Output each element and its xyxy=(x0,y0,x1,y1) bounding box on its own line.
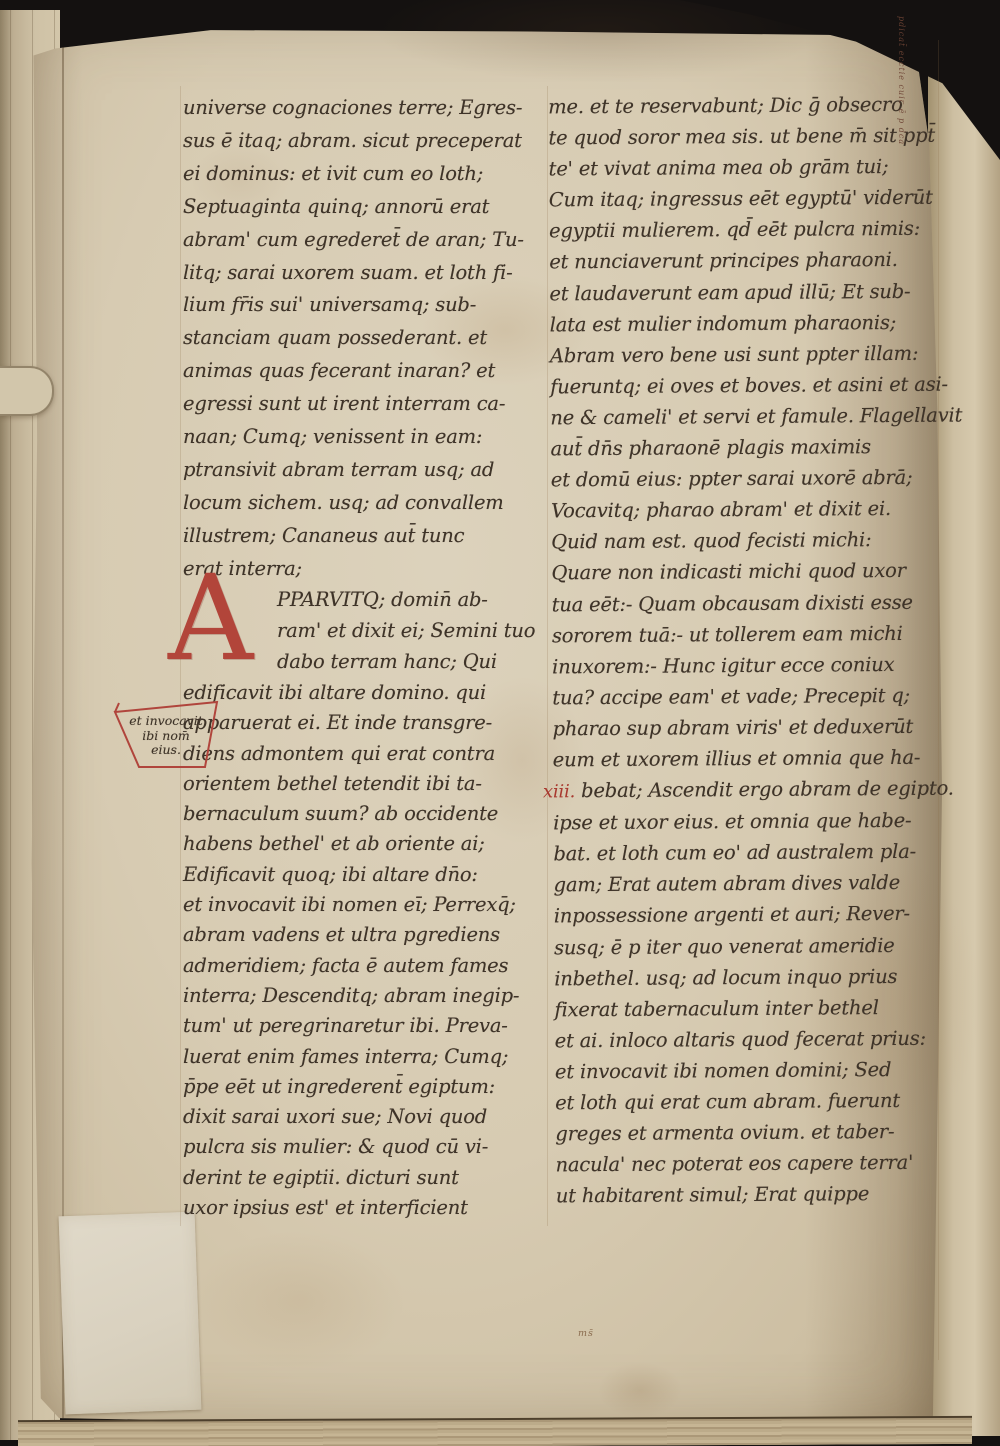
text-line: diens admontem qui erat contra xyxy=(183,739,549,769)
left-column-lower: edificavit ibi altare domino. quiapparue… xyxy=(183,678,549,1223)
text-line: Edificavit quoq; ibi altare dn̄o: xyxy=(183,860,549,890)
text-line: eius. xyxy=(151,743,181,758)
text-line: et nunciaverunt principes pharaoni. xyxy=(549,244,939,278)
text-line: eum et uxorem illius et omnia que ha- xyxy=(553,742,943,776)
text-line: Quid nam est. quod fecisti michi: xyxy=(551,524,941,558)
text-line: tua eēt:- Quam obcausam dixisti esse xyxy=(552,586,942,620)
text-line: apparuerat ei. Et inde transgre- xyxy=(183,708,549,738)
text-line: lata est mulier indomum pharaonis; xyxy=(550,306,940,340)
text-line: pharao sup abram viris' et deduxerūt xyxy=(552,711,942,745)
text-line: animas quas fecerant inaran? et xyxy=(183,355,549,388)
text-line: uxor ipsius est' et interficient xyxy=(183,1193,549,1223)
text-line: xiii.bebat; Ascendit ergo abram de egipt… xyxy=(553,773,943,808)
text-line: ne & cameli' et servi et famule. Flagell… xyxy=(550,400,940,434)
text-line: susq; ē p iter quo venerat ameridie xyxy=(554,929,944,963)
text-line: me. et te reservabunt; Dic ḡ obsecro xyxy=(548,89,938,123)
text-layer: A universe cognaciones terre; Egres-sus … xyxy=(0,0,1000,1446)
text-line-body: bebat; Ascendit ergo abram de egipto. xyxy=(581,777,954,803)
text-line: lium fr̄is sui' universamq; sub- xyxy=(183,289,549,322)
text-line: Abram vero bene usi sunt ppter illam: xyxy=(550,337,940,371)
text-line: inpossessione argenti et auri; Rever- xyxy=(554,898,944,932)
chapter-number: xiii. xyxy=(543,776,575,807)
text-line: aut̄ dn̄s pharaonē plagis maximis xyxy=(550,431,940,465)
text-line: egressi sunt ut irent interram ca- xyxy=(183,388,549,421)
text-line: te' et vivat anima mea ob grām tui; xyxy=(549,151,939,185)
marginal-note: et invocavitibi nom̄eius. xyxy=(112,699,220,779)
text-line: derint te egiptii. dicturi sunt xyxy=(183,1163,549,1193)
text-line: Septuaginta quinq; annorū erat xyxy=(183,191,549,224)
faint-bottom-mark: ms̄ xyxy=(578,1328,594,1339)
text-line: admeridiem; facta ē autem fames xyxy=(183,951,549,981)
text-line: ibi nom̄ xyxy=(142,729,189,744)
text-line: orientem bethel tetendit ibi ta- xyxy=(183,769,549,799)
text-line: greges et armenta ovium. et taber- xyxy=(555,1116,945,1150)
text-line: ptransivit abram terram usq; ad xyxy=(183,454,549,487)
text-line: universe cognaciones terre; Egres- xyxy=(183,92,549,125)
text-line: Cum itaq; ingressus eēt egyptū' viderūt xyxy=(549,182,939,216)
text-line: et loth qui erat cum abram. fuerunt xyxy=(555,1085,945,1119)
text-line: et laudaverunt eam apud illū; Et sub- xyxy=(549,275,939,309)
text-line: et domū eius: ppter sarai uxorē abrā; xyxy=(551,462,941,496)
text-line: luerat enim fames interra; Cumq; xyxy=(183,1042,549,1072)
text-line: fueruntq; ei oves et boves. et asini et … xyxy=(550,368,940,402)
decorated-initial-A: A xyxy=(168,568,253,668)
text-line: Vocavitq; pharao abram' et dixit ei. xyxy=(551,493,941,527)
text-line: interra; Descenditq; abram inegip- xyxy=(183,981,549,1011)
text-line: sororem tuā:- ut tollerem eam michi xyxy=(552,617,942,651)
right-column: me. et te reservabunt; Dic ḡ obsecrote q… xyxy=(548,89,946,1212)
text-line: illustrem; Cananeus aut̄ tunc xyxy=(183,520,549,553)
text-line: abram' cum egrederet̄ de aran; Tu- xyxy=(183,224,549,257)
text-line: habens bethel' et ab oriente ai; xyxy=(183,829,549,859)
text-line: et invocavit xyxy=(129,714,203,729)
text-line: tum' ut peregrinaretur ibi. Preva- xyxy=(183,1011,549,1041)
text-line: et invocavit ibi nomen domini; Sed xyxy=(555,1054,945,1088)
text-line: egyptii mulierem. qd̄ eēt pulcra nimis: xyxy=(549,213,939,247)
text-line: fixerat tabernaculum inter bethel xyxy=(554,991,944,1025)
text-line: p̄pe eēt ut ingrederent̄ egiptum: xyxy=(183,1072,549,1102)
text-line: inuxorem:- Hunc igitur ecce coniux xyxy=(552,648,942,682)
text-line: inbethel. usq; ad locum inquo prius xyxy=(554,960,944,994)
text-line: locum sichem. usq; ad convallem xyxy=(183,487,549,520)
text-line: pulcra sis mulier: & quod cū vi- xyxy=(183,1132,549,1162)
text-line: naan; Cumq; venissent in eam: xyxy=(183,421,549,454)
text-line: stanciam quam possederant. et xyxy=(183,322,549,355)
text-line: et ai. inloco altaris quod fecerat prius… xyxy=(555,1022,945,1056)
marginal-note-text: et invocavitibi nom̄eius. xyxy=(118,703,214,769)
text-line: ut habitarent simul; Erat quippe xyxy=(556,1178,946,1212)
text-line: te quod soror mea sis. ut bene m̄ sit pp… xyxy=(548,120,938,154)
manuscript-photo: A universe cognaciones terre; Egres-sus … xyxy=(0,0,1000,1446)
text-line: bat. et loth cum eo' ad australem pla- xyxy=(553,836,943,870)
text-line: Quare non indicasti michi quod uxor xyxy=(551,555,941,589)
text-line: litq; sarai uxorem suam. et loth fi- xyxy=(183,257,549,290)
text-line: tua? accipe eam' et vade; Precepit q; xyxy=(552,679,942,713)
text-line: bernaculum suum? ab occidente xyxy=(183,799,549,829)
text-line: abram vadens et ultra pgrediens xyxy=(183,920,549,950)
vertical-marginal-inscription: pdicat̄ ecctie cuiꞇ ē p dca xyxy=(897,16,906,186)
text-line: dixit sarai uxori sue; Novi quod xyxy=(183,1102,549,1132)
text-line: ei dominus: et ivit cum eo loth; xyxy=(183,158,549,191)
text-line: nacula' nec poterat eos capere terra' xyxy=(555,1147,945,1181)
text-line: et invocavit ibi nomen eī; Perrexq̄; xyxy=(183,890,549,920)
text-line: sus ē itaq; abram. sicut preceperat xyxy=(183,125,549,158)
text-line: gam; Erat autem abram dives valde xyxy=(554,867,944,901)
text-line: ipse et uxor eius. et omnia que habe- xyxy=(553,805,943,839)
left-column-upper: universe cognaciones terre; Egres-sus ē … xyxy=(183,92,549,586)
